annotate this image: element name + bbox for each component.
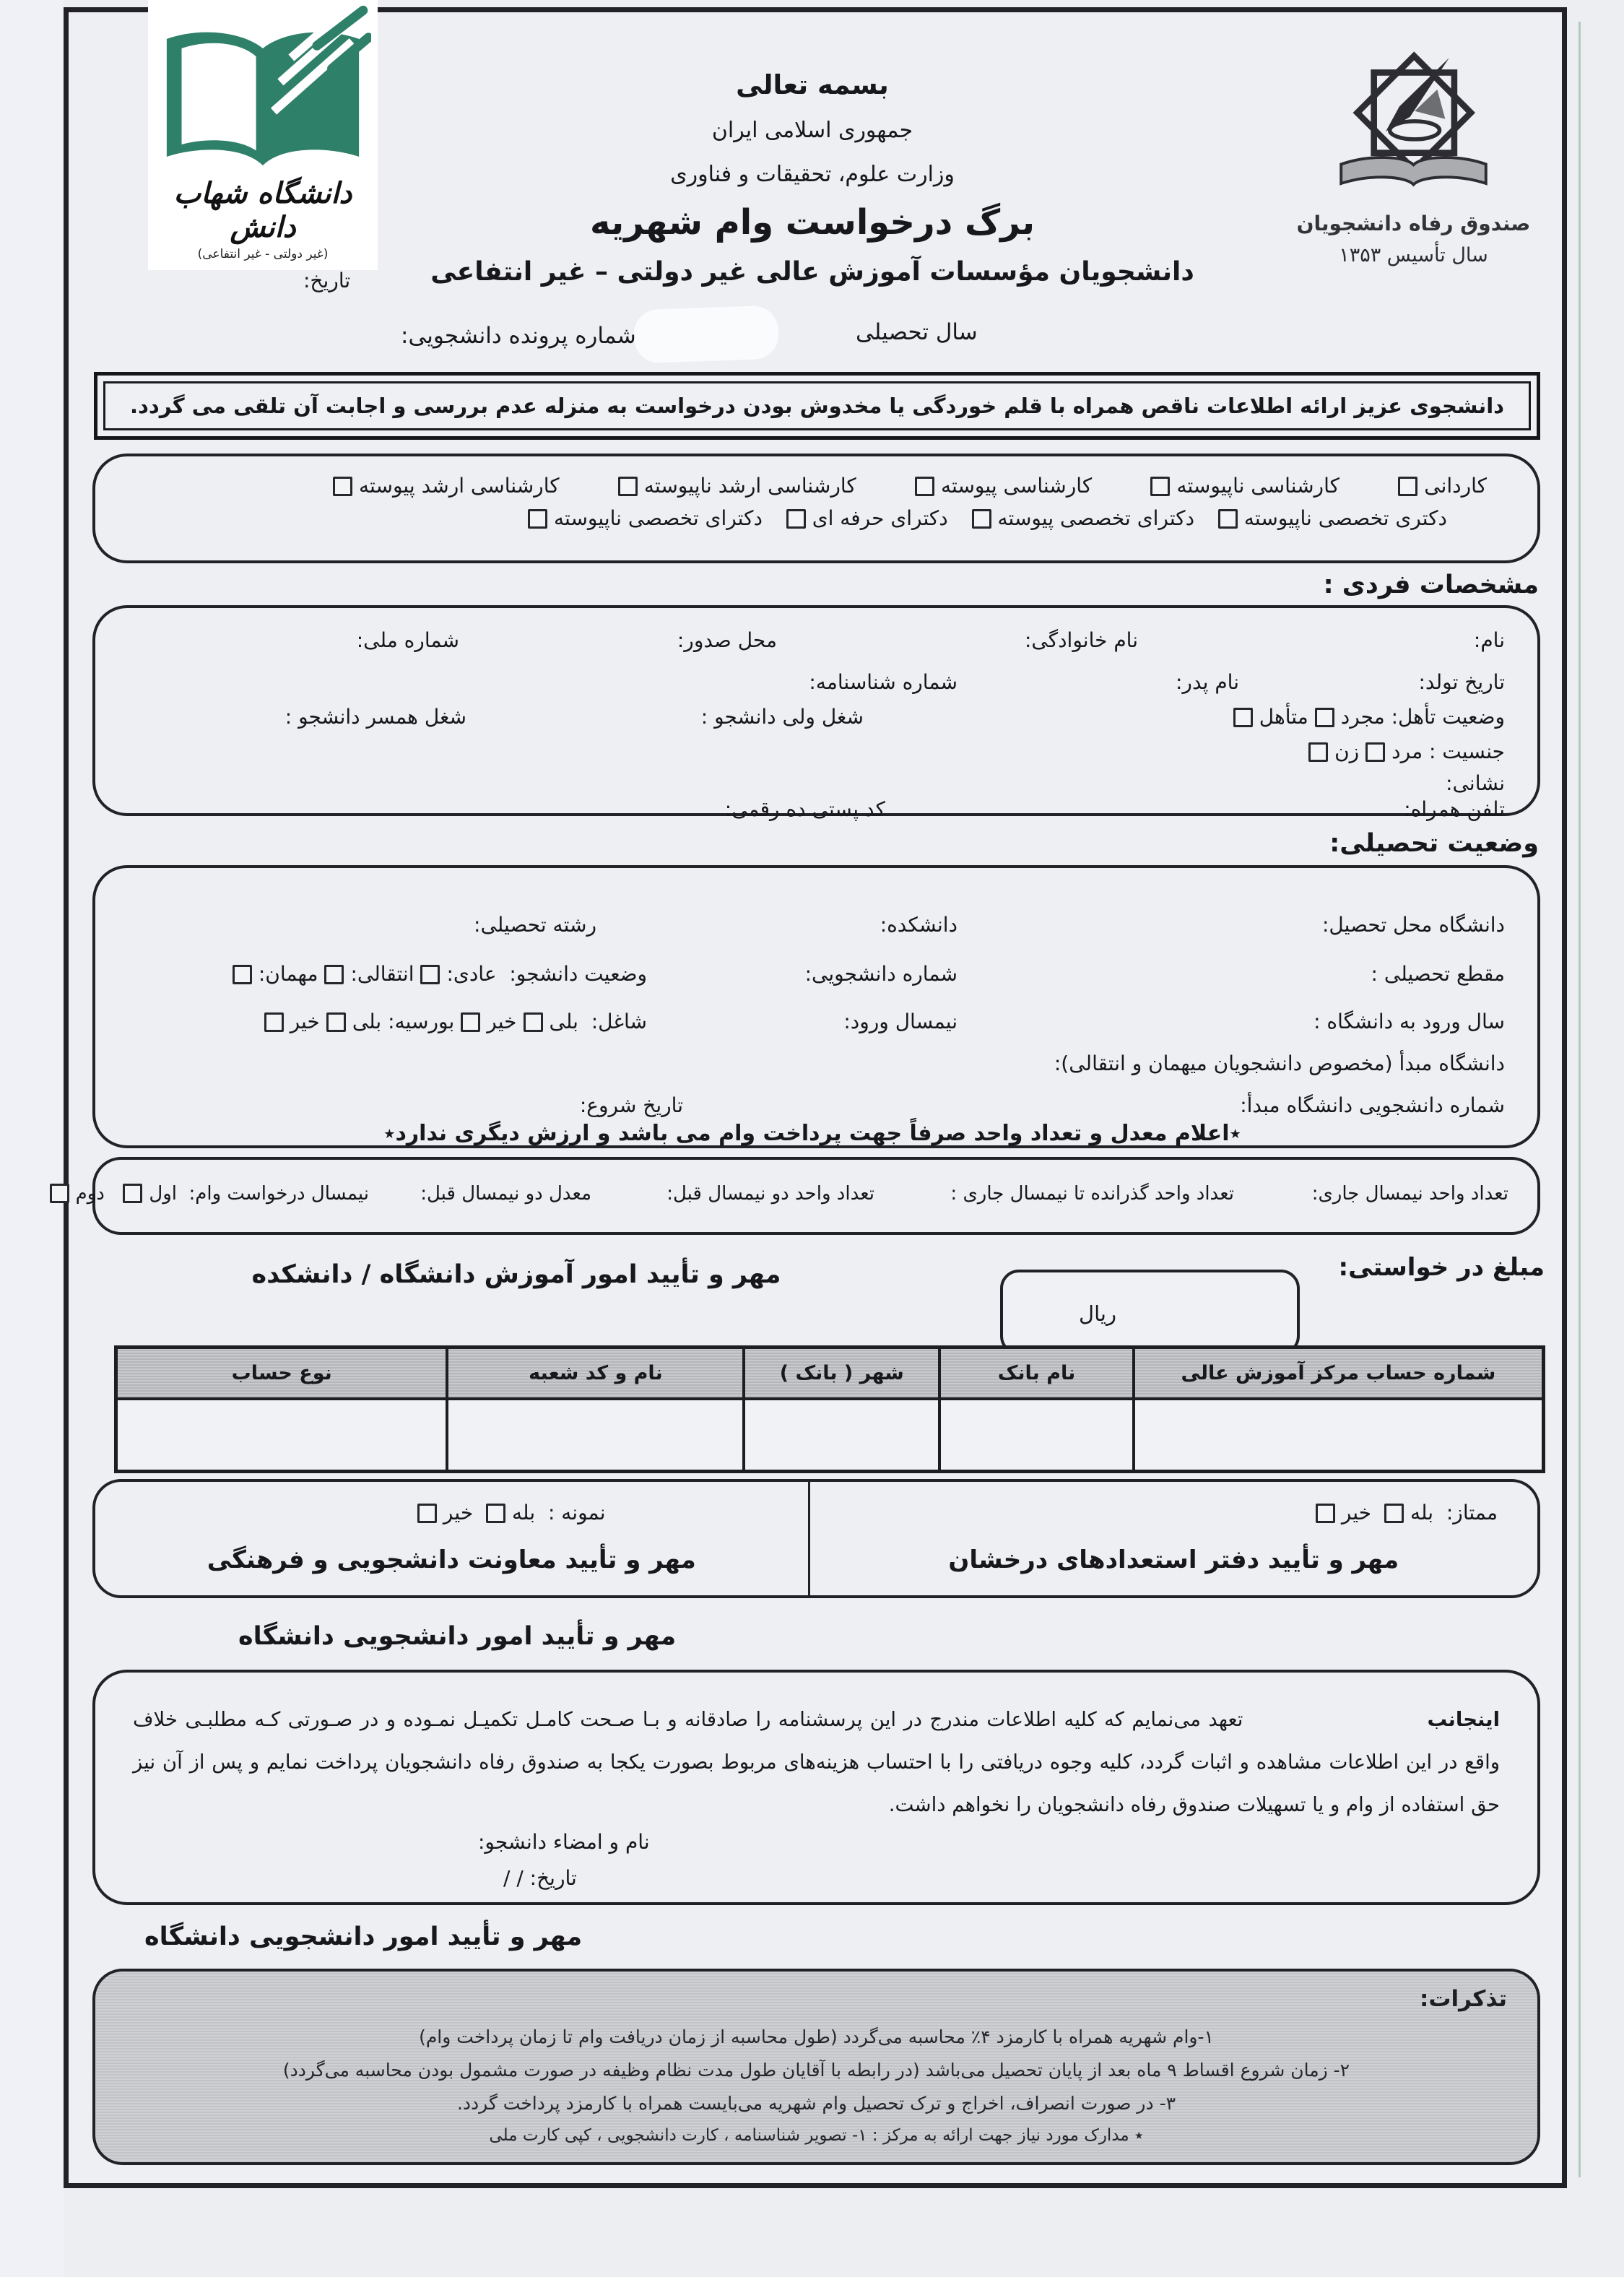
- currency-label: ریال: [1079, 1301, 1116, 1326]
- cell-bank-name[interactable]: [939, 1399, 1134, 1471]
- notes-title: تذکرات:: [1420, 1986, 1507, 2012]
- checkbox-phd-piosteh[interactable]: [972, 509, 991, 529]
- country-line: جمهوری اسلامی ایران: [415, 118, 1210, 143]
- id-number-label: شماره شناسنامه:: [809, 670, 958, 694]
- university-name: دانشگاه شهاب دانش: [148, 176, 378, 244]
- employment-row: شاغل: بلیخیربورسیه: بلیخیر: [258, 1010, 647, 1033]
- note-item-3: ۳- در صورت انصراف، اخراج و ترک تحصیل وام…: [95, 2093, 1537, 2114]
- degree-phd-takhassosi-napiosteh: دکترای تخصصی ناپیوسته: [521, 506, 763, 530]
- birth-date-label: تاریخ تولد:: [1418, 670, 1505, 694]
- pledge-text: اینجانبتعهد می‌نمایم که کلیه اطلاعات مند…: [133, 1699, 1500, 1826]
- checkbox-arshad-napiosteh[interactable]: [618, 477, 638, 496]
- university-logo-box: دانشگاه شهاب دانش (غیر دولتی - غیر انتفا…: [148, 0, 378, 270]
- student-affairs-stamp-title-2: مهر و تأیید امور دانشجویی دانشگاه: [144, 1922, 582, 1951]
- study-university-label: دانشگاه محل تحصیل:: [1322, 913, 1505, 937]
- spouse-job-label: شغل همسر دانشجو :: [285, 705, 466, 729]
- note-item-2: ۲- زمان شروع اقساط ۹ ماه بعد از پایان تح…: [95, 2060, 1537, 2081]
- personal-details-box: نام: نام خانوادگی: محل صدور: شماره ملی: …: [92, 605, 1540, 816]
- whiteout-patch: [633, 305, 779, 364]
- level-label: مقطع تحصیلی :: [1371, 962, 1505, 986]
- address-label: نشانی:: [1446, 771, 1505, 795]
- talent-office-stamp-title: مهر و تأیید دفتر استعدادهای درخشان: [810, 1545, 1537, 1574]
- units-note: ٭اعلام معدل و تعداد واحد صرفاً جهت پرداخ…: [217, 1121, 1408, 1146]
- request-term-row: نیمسال درخواست وام: اول دوم: [43, 1183, 369, 1205]
- column-header-bank-city: شهر ( بانک ): [744, 1348, 939, 1399]
- checkbox-term-first[interactable]: [123, 1184, 142, 1203]
- degree-karshenasi-piosteh: کارشناسی پیوسته: [908, 474, 1092, 498]
- approvals-box: ممتاز: بله خیر مهر و تأیید دفتر استعداده…: [92, 1479, 1540, 1598]
- momtaz-row: ممتاز: بله خیر: [1309, 1501, 1498, 1524]
- fund-founded-year: سال تأسیس ۱۳۵۳: [1293, 244, 1534, 266]
- checkbox-status-normal[interactable]: [420, 965, 440, 984]
- cell-account-no[interactable]: [1134, 1399, 1543, 1471]
- checkbox-male[interactable]: [1365, 742, 1385, 762]
- checkbox-karshenasi-napiosteh[interactable]: [1150, 477, 1170, 496]
- origin-university-label: دانشگاه مبدأ (مخصوص دانشجویان میهمان و ا…: [1054, 1051, 1505, 1075]
- scan-artifact-line: [1579, 22, 1581, 2177]
- nemooneh-row: نمونه : بله خیر: [411, 1501, 606, 1524]
- student-status-row: وضعیت دانشجو: عادی:انتقالی:مهمان:: [226, 962, 647, 986]
- pledge-date-line[interactable]: تاریخ: / /: [503, 1866, 577, 1890]
- form-subtitle: دانشجویان مؤسسات آموزش عالی غیر دولتی – …: [415, 257, 1210, 287]
- column-header-bank-name: نام بانک: [939, 1348, 1134, 1399]
- education-office-stamp-title: مهر و تأیید امور آموزش دانشگاه / دانشکده: [238, 1260, 794, 1289]
- degree-phd-napiosteh: دکتری تخصصی ناپیوسته: [1212, 506, 1447, 530]
- checkbox-employed-yes[interactable]: [524, 1012, 543, 1032]
- major-label: رشته تحصیلی:: [474, 913, 596, 937]
- checkbox-phd-herfei[interactable]: [786, 509, 806, 529]
- origin-student-number-label: شماره دانشجویی دانشگاه مبدأ:: [1240, 1093, 1505, 1117]
- checkbox-nemooneh-yes[interactable]: [486, 1504, 505, 1523]
- notice-text: دانشجوی عزیز ارائه اطلاعات ناقص همراه با…: [130, 394, 1504, 418]
- notice-bar: دانشجوی عزیز ارائه اطلاعات ناقص همراه با…: [94, 372, 1540, 440]
- academic-section-title: وضعیت تحصیلی:: [1329, 829, 1539, 858]
- degree-karshenasi-napiosteh: کارشناسی ناپیوسته: [1144, 474, 1339, 498]
- checkbox-married[interactable]: [1233, 708, 1253, 727]
- signature-label: نام و امضاء دانشجو:: [478, 1830, 650, 1854]
- guardian-job-label: شغل ولی دانشجو :: [701, 705, 864, 729]
- checkbox-kardani[interactable]: [1398, 477, 1417, 496]
- degree-kardani: کاردانی: [1391, 474, 1487, 498]
- pledge-intro: اینجانب: [1427, 1708, 1500, 1731]
- cell-branch[interactable]: [447, 1399, 744, 1471]
- student-number-label: شماره دانشجویی:: [805, 962, 958, 986]
- gender-row: جنسیت : مردزن: [1302, 740, 1505, 763]
- entry-term-label: نیمسال ورود:: [843, 1010, 958, 1033]
- national-id-label: شماره ملی:: [357, 628, 459, 652]
- column-header-account-no: شماره حساب مرکز آموزش عالی: [1134, 1348, 1543, 1399]
- entry-year-label: سال ورود به دانشگاه :: [1313, 1010, 1505, 1033]
- notes-box: تذکرات: ۱-وام شهریه همراه با کارمزد ۴٪ م…: [92, 1969, 1540, 2165]
- units-box: تعداد واحد نیمسال جاری: تعداد واحد گذران…: [92, 1157, 1540, 1235]
- checkbox-employed-no[interactable]: [461, 1012, 480, 1032]
- checkbox-karshenasi-piosteh[interactable]: [915, 477, 934, 496]
- checkbox-arshad-piosteh[interactable]: [333, 477, 352, 496]
- cell-bank-city[interactable]: [744, 1399, 939, 1471]
- fund-star-pen-book-icon: [1329, 45, 1498, 207]
- checkbox-phd-napiosteh[interactable]: [1218, 509, 1238, 529]
- fund-title: صندوق رفاه دانشجویان: [1293, 212, 1534, 235]
- degree-phd-herfei: دکترای حرفه ای: [780, 506, 948, 530]
- scan-left-margin: [0, 0, 64, 2277]
- student-affairs-stamp-title-1: مهر و تأیید امور دانشجویی دانشگاه: [238, 1622, 676, 1651]
- checkbox-term-second[interactable]: [50, 1184, 69, 1203]
- checkbox-single[interactable]: [1315, 708, 1334, 727]
- cell-account-type[interactable]: [116, 1399, 447, 1471]
- degree-phd-piosteh: دکترای تخصصی پیوسته: [965, 506, 1195, 530]
- issue-place-label: محل صدور:: [677, 628, 777, 652]
- pledge-body: تعهد می‌نمایم که کلیه اطلاعات مندرج در ا…: [133, 1708, 1500, 1816]
- start-date-label: تاریخ شروع:: [580, 1093, 683, 1117]
- current-units-label: تعداد واحد نیمسال جاری:: [1312, 1183, 1508, 1205]
- last-name-label: نام خانوادگی:: [1025, 628, 1138, 652]
- talent-office-half: ممتاز: بله خیر مهر و تأیید دفتر استعداده…: [808, 1482, 1537, 1595]
- first-name-label: نام:: [1474, 628, 1505, 652]
- note-item-1: ۱-وام شهریه همراه با کارمزد ۴٪ محاسبه می…: [95, 2026, 1537, 2047]
- mobile-label: تلفن همراه:: [1404, 797, 1505, 821]
- two-prior-gpa-label: معدل دو نیمسال قبل:: [420, 1183, 591, 1205]
- checkbox-female[interactable]: [1308, 742, 1328, 762]
- amount-field-box[interactable]: ریال: [1000, 1270, 1300, 1355]
- degree-selection-box: کاردانی کارشناسی ناپیوسته کارشناسی پیوست…: [92, 454, 1540, 563]
- bismillah-line: بسمه تعالی: [415, 69, 1210, 100]
- requested-amount-label: مبلغ در خواستی:: [1338, 1253, 1545, 1282]
- scanned-loan-form-page: دانشگاه شهاب دانش (غیر دولتی - غیر انتفا…: [0, 0, 1624, 2277]
- fund-logo-box: صندوق رفاه دانشجویان سال تأسیس ۱۳۵۳: [1293, 45, 1534, 266]
- academic-year-label: سال تحصیلی: [856, 319, 978, 345]
- vice-chancellor-half: نمونه : بله خیر مهر و تأیید معاونت دانشج…: [95, 1482, 808, 1595]
- date-label: تاریخ:: [303, 269, 350, 292]
- file-number-label: شماره پرونده دانشجویی:: [401, 323, 636, 349]
- checkbox-scholarship-no[interactable]: [264, 1012, 284, 1032]
- checkbox-nemooneh-no[interactable]: [417, 1504, 437, 1523]
- university-subtitle: (غیر دولتی - غیر انتفاعی): [148, 247, 378, 261]
- passed-units-label: تعداد واحد گذرانده تا نیمسال جاری :: [950, 1183, 1234, 1205]
- faculty-label: دانشکده:: [880, 913, 958, 937]
- checkbox-momtaz-yes[interactable]: [1384, 1504, 1404, 1523]
- open-book-quill-icon: [155, 4, 371, 178]
- personal-section-title: مشخصات فردی :: [1324, 571, 1539, 599]
- checkbox-status-guest[interactable]: [233, 965, 252, 984]
- ministry-line: وزارت علوم، تحقیقات و فناوری: [415, 162, 1210, 187]
- form-title: برگ درخواست وام شهریه: [415, 202, 1210, 243]
- academic-status-box: دانشگاه محل تحصیل: دانشکده: رشته تحصیلی:…: [92, 865, 1540, 1148]
- pledge-box: اینجانبتعهد می‌نمایم که کلیه اطلاعات مند…: [92, 1670, 1540, 1905]
- two-prior-units-label: تعداد واحد دو نیمسال قبل:: [666, 1183, 874, 1205]
- note-item-4: ٭ مدارک مورد نیاز جهت ارائه به مرکز : ۱-…: [95, 2126, 1537, 2145]
- degree-arshad-napiosteh: کارشناسی ارشد ناپیوسته: [612, 474, 856, 498]
- marital-status-row: وضعیت تأهل: مجردمتأهل: [1227, 705, 1505, 729]
- column-header-account-type: نوع حساب: [116, 1348, 447, 1399]
- postal-code-label: کد پستی ده رقمی:: [725, 797, 885, 821]
- checkbox-momtaz-no[interactable]: [1316, 1504, 1335, 1523]
- bank-account-table: شماره حساب مرکز آموزش عالی نام بانک شهر …: [114, 1345, 1545, 1473]
- checkbox-status-transfer[interactable]: [324, 965, 344, 984]
- checkbox-phd-takhassosi-napiosteh[interactable]: [528, 509, 547, 529]
- vice-chancellor-stamp-title: مهر و تأیید معاونت دانشجویی و فرهنگی: [95, 1545, 808, 1574]
- father-name-label: نام پدر:: [1176, 670, 1239, 694]
- checkbox-scholarship-yes[interactable]: [326, 1012, 346, 1032]
- column-header-branch: نام و کد شعبه: [447, 1348, 744, 1399]
- degree-arshad-piosteh: کارشناسی ارشد پیوسته: [326, 474, 560, 498]
